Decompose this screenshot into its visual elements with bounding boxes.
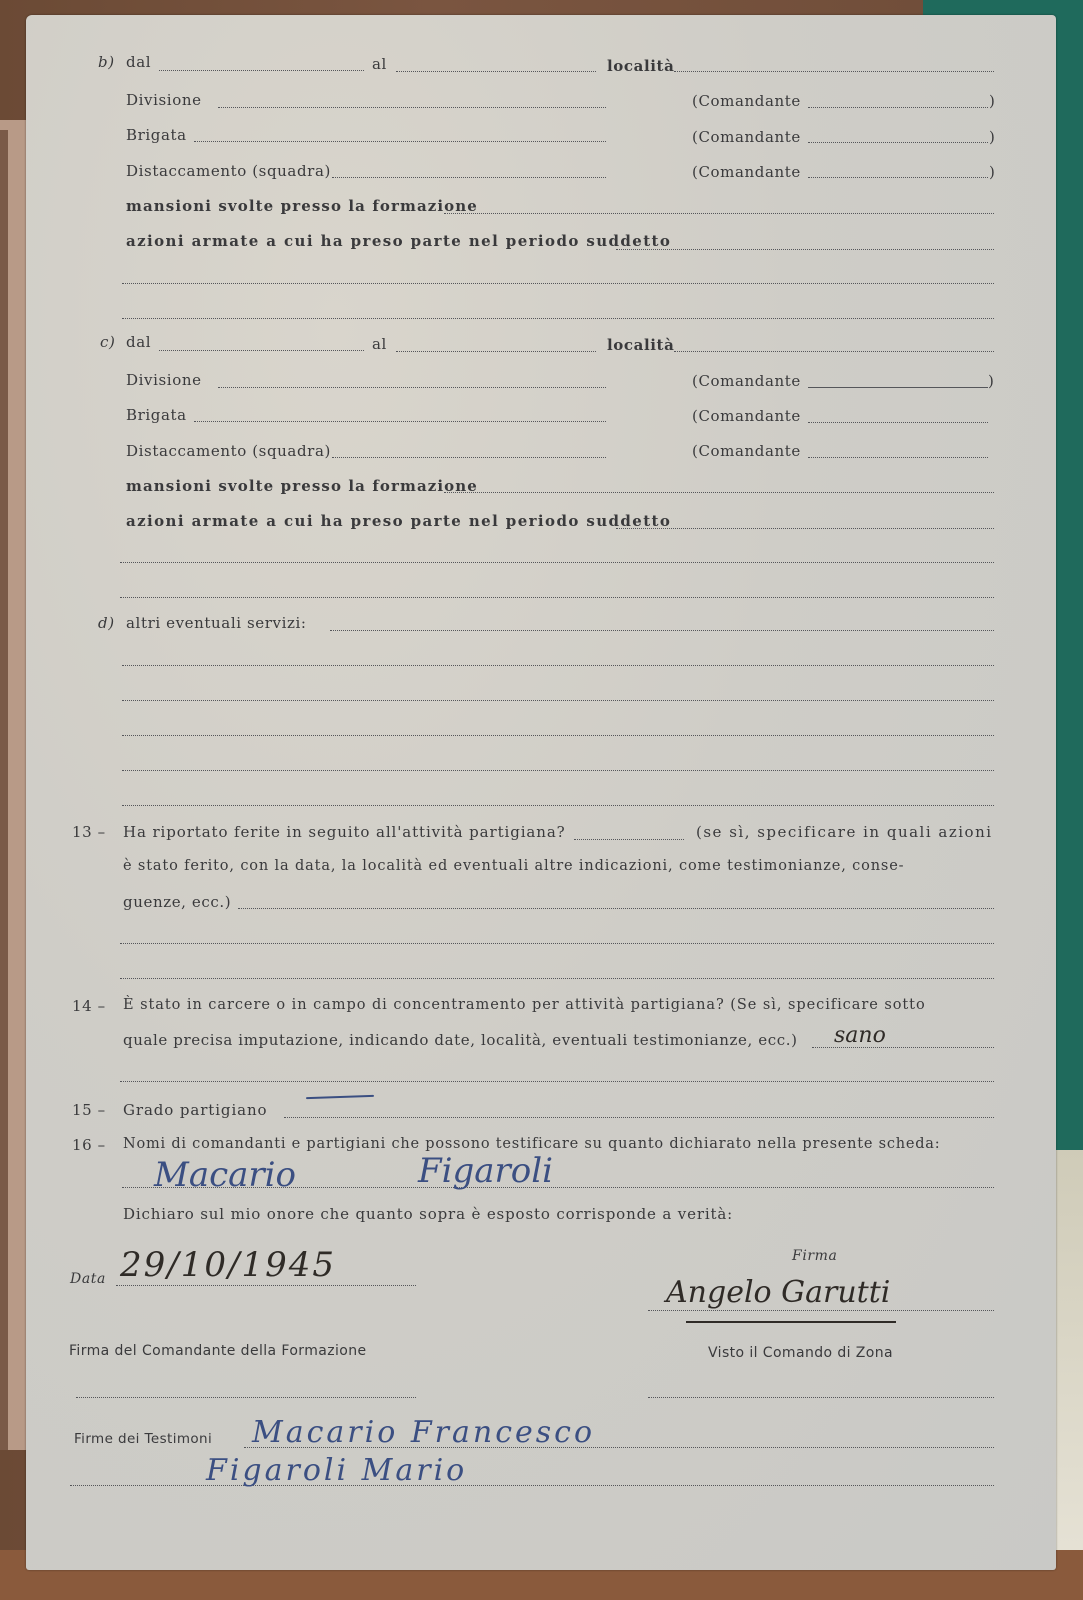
comandante-divisione-label: (Comandante (692, 372, 801, 390)
al-field[interactable] (396, 351, 596, 352)
divisione-label: Divisione (126, 371, 202, 389)
comandante-distaccamento-field[interactable] (808, 177, 988, 178)
data-label: Data (70, 1271, 106, 1287)
comandante-divisione-field[interactable] (808, 107, 988, 108)
firma-label: Firma (792, 1248, 838, 1264)
altri-servizi-line-3[interactable] (122, 700, 994, 701)
visto-comando-field[interactable] (648, 1397, 994, 1398)
al-label: al (372, 55, 387, 73)
q16-question: Nomi di comandanti e partigiani che poss… (123, 1136, 940, 1152)
comandante-brigata-field[interactable] (808, 422, 988, 423)
mansioni-label: mansioni svolte presso la formazione (126, 477, 478, 495)
close-paren: ) (988, 372, 994, 390)
firma-handwritten-signature: Angelo Garutti (666, 1275, 890, 1310)
azioni-field[interactable] (616, 249, 994, 250)
distaccamento-field[interactable] (332, 457, 606, 458)
declaration-text: Dichiaro sul mio onore che quanto sopra … (123, 1205, 733, 1223)
q13-question-cont: (se sì, specificare in quali azioni (696, 823, 993, 841)
distaccamento-field[interactable] (332, 177, 606, 178)
brigata-field[interactable] (194, 141, 606, 142)
section-b-letter: b) (98, 53, 115, 71)
altri-servizi-label: altri eventuali servizi: (126, 614, 307, 632)
q13-details-field[interactable] (238, 908, 994, 909)
close-paren: ) (989, 128, 995, 146)
q15-label: Grado partigiano (123, 1101, 267, 1119)
mansioni-field[interactable] (444, 213, 994, 214)
azioni-label: azioni armate a cui ha preso parte nel p… (126, 232, 671, 250)
q13-question: Ha riportato ferite in seguito all'attiv… (123, 823, 566, 841)
data-field[interactable] (116, 1285, 416, 1286)
q16-handwritten-name-2: Figaroli (418, 1151, 553, 1191)
altri-servizi-field[interactable] (330, 630, 994, 631)
comandante-brigata-field[interactable] (808, 142, 988, 143)
close-paren: ) (989, 92, 995, 110)
azioni-field-line-2[interactable] (120, 562, 994, 563)
comandante-distaccamento-field[interactable] (808, 457, 988, 458)
firma-field[interactable] (648, 1310, 994, 1311)
firma-comandante-field[interactable] (76, 1397, 416, 1398)
q13-question-line3: guenze, ecc.) (123, 893, 231, 911)
comandante-brigata-label: (Comandante (692, 407, 801, 425)
divisione-field[interactable] (218, 107, 606, 108)
localita-label: località (607, 336, 674, 354)
close-paren: ) (989, 163, 995, 181)
section-d-letter: d) (98, 614, 115, 632)
comandante-distaccamento-label: (Comandante (692, 442, 801, 460)
divisione-field[interactable] (218, 387, 606, 388)
visto-comando-label: Visto il Comando di Zona (708, 1345, 893, 1361)
altri-servizi-line-4[interactable] (122, 735, 994, 736)
azioni-field-line-3[interactable] (122, 318, 994, 319)
mansioni-label: mansioni svolte presso la formazione (126, 197, 478, 215)
brigata-field[interactable] (194, 421, 606, 422)
azioni-field-line-3[interactable] (120, 597, 994, 598)
form-sheet: b) dal al località Divisione (Comandante… (26, 15, 1056, 1570)
azioni-label: azioni armate a cui ha preso parte nel p… (126, 512, 671, 530)
dal-label: dal (126, 53, 151, 71)
q14-handwritten-answer: sano (834, 1023, 886, 1048)
q14-number: 14 – (72, 997, 106, 1015)
localita-label: località (607, 57, 674, 75)
divisione-label: Divisione (126, 91, 202, 109)
signature-underline (686, 1321, 896, 1323)
q15-number: 15 – (72, 1101, 106, 1119)
brigata-label: Brigata (126, 406, 187, 424)
q15-handwritten-dash (306, 1095, 374, 1099)
q13-number: 13 – (72, 823, 106, 841)
altri-servizi-line-6[interactable] (122, 805, 994, 806)
dal-label: dal (126, 333, 151, 351)
al-label: al (372, 335, 387, 353)
dal-field[interactable] (159, 350, 364, 351)
q14-question: È stato in carcere o in campo di concent… (123, 997, 926, 1013)
comandante-divisione-label: (Comandante (692, 92, 801, 110)
q13-details-line-3[interactable] (120, 978, 994, 979)
data-handwritten-value: 29/10/1945 (120, 1245, 336, 1285)
testimone-1-signature: Macario Francesco (252, 1415, 595, 1450)
q13-answer-field[interactable] (574, 839, 684, 840)
testimone-2-signature: Figaroli Mario (206, 1453, 467, 1488)
azioni-field[interactable] (616, 528, 994, 529)
q13-question-line2: è stato ferito, con la data, la località… (123, 858, 904, 874)
azioni-field-line-2[interactable] (122, 283, 994, 284)
comandante-distaccamento-label: (Comandante (692, 163, 801, 181)
section-c-letter: c) (100, 333, 115, 351)
altri-servizi-line-2[interactable] (122, 665, 994, 666)
distaccamento-label: Distaccamento (squadra) (126, 162, 331, 180)
comandante-brigata-label: (Comandante (692, 128, 801, 146)
dal-field[interactable] (159, 70, 364, 71)
q14-details-line-2[interactable] (120, 1081, 994, 1082)
underlying-page-shadow (0, 130, 8, 1450)
testimoni-label: Firme dei Testimoni (74, 1431, 212, 1447)
q16-number: 16 – (72, 1136, 106, 1154)
mansioni-field[interactable] (444, 492, 994, 493)
altri-servizi-line-5[interactable] (122, 770, 994, 771)
q13-details-line-2[interactable] (120, 943, 994, 944)
q16-handwritten-name-1: Macario (154, 1155, 296, 1195)
localita-field[interactable] (674, 351, 994, 352)
distaccamento-label: Distaccamento (squadra) (126, 442, 331, 460)
brigata-label: Brigata (126, 126, 187, 144)
al-field[interactable] (396, 71, 596, 72)
firma-comandante-label: Firma del Comandante della Formazione (69, 1343, 367, 1359)
localita-field[interactable] (674, 71, 994, 72)
q15-answer-field[interactable] (284, 1117, 994, 1118)
comandante-divisione-field[interactable] (808, 387, 988, 388)
q14-question-line2: quale precisa imputazione, indicando dat… (123, 1031, 798, 1049)
